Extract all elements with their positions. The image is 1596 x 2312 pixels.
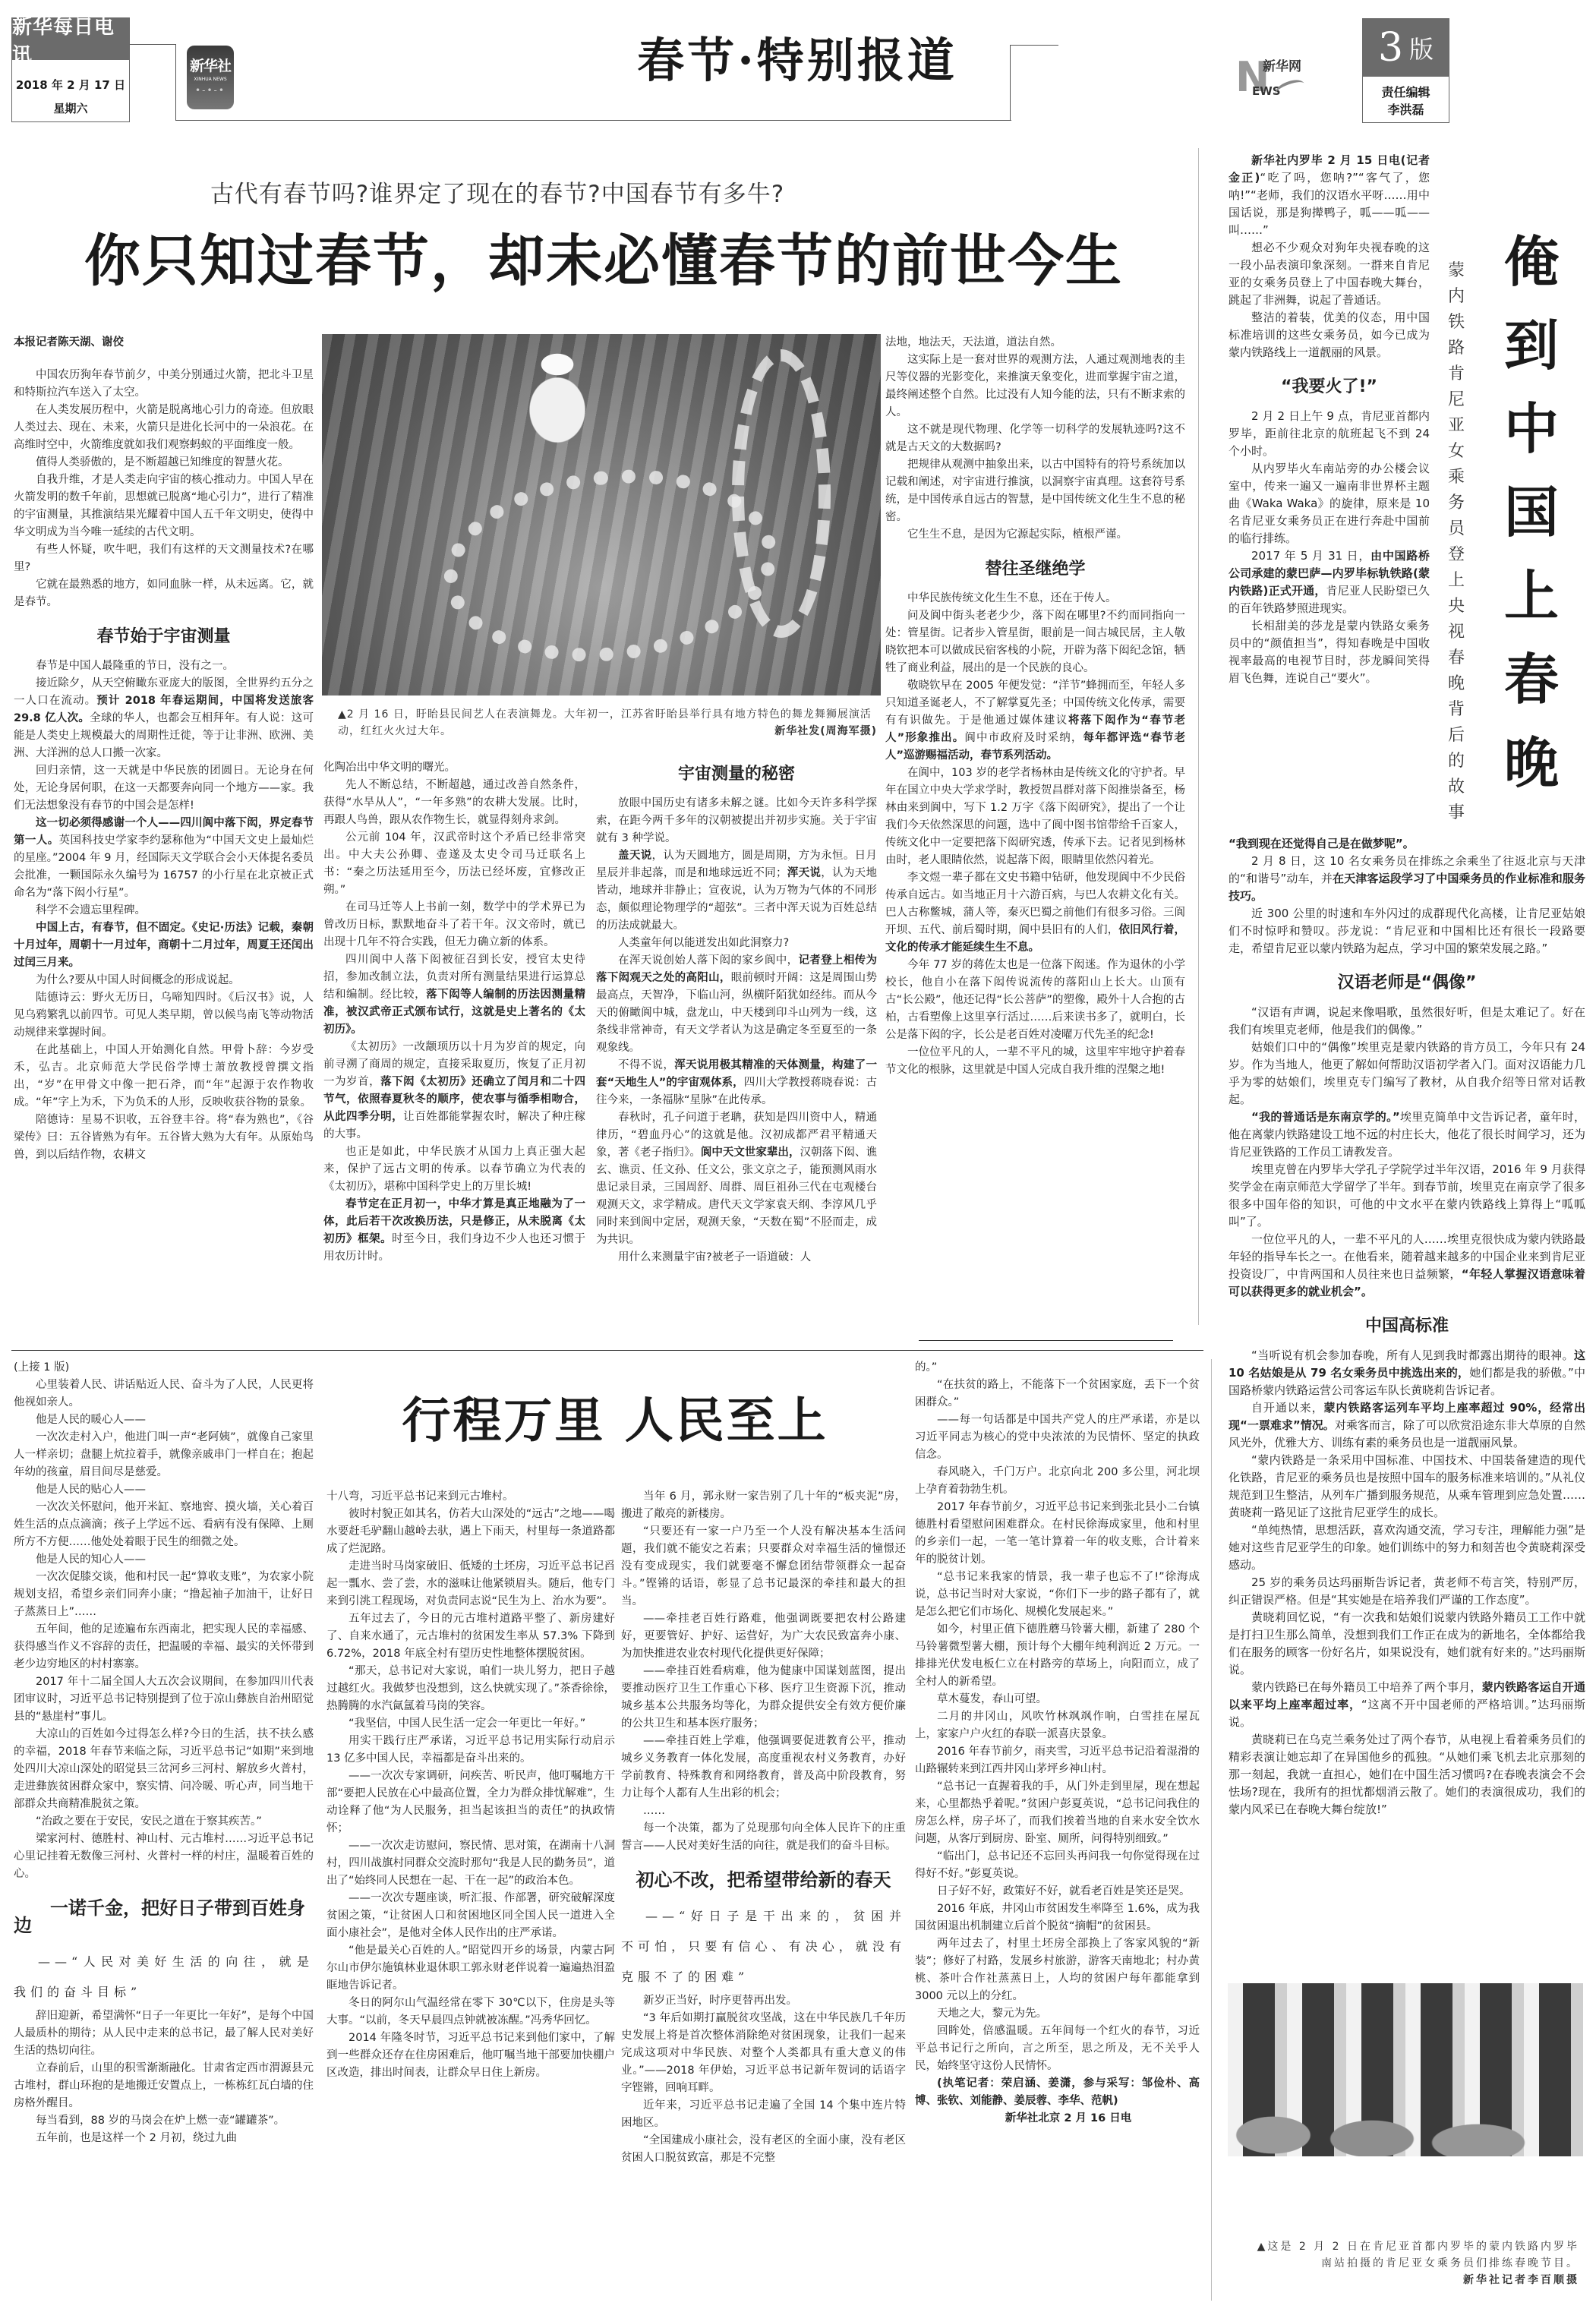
paragraph: 2014 年隆冬时节，习近平总书记来到他们家中，了解到一些群众还存在住房困难后，… [326, 2030, 615, 2082]
paragraph: 每当看到，88 岁的马岗会在炉上燃一壶“罐罐茶”。 [14, 2112, 314, 2130]
page-unit: 版 [1409, 30, 1434, 65]
paragraph: 回眸处，倍感温暖。五年间每一个红火的春节，习近平总书记行之所向，言之所至，思之所… [915, 2023, 1200, 2075]
masthead-rule [175, 120, 1011, 121]
paragraph: “治政之要在于安民，安民之道在于察其疾苦。” [14, 1813, 314, 1831]
paragraph: “临出门，总书记还不忘回头再问我一句你觉得现在过得好不好。”彭夏英说。 [915, 1848, 1200, 1883]
paragraph: 科学不会遗忘里程碑。 [14, 902, 314, 919]
paragraph: 彼时村貌正如其名，仿若大山深处的“远古”之地——喝水要赶毛驴翻山越岭去驮，遇上下… [326, 1506, 615, 1558]
article-headline: 你只知过春节，却未必懂春节的前世今生 [8, 228, 1200, 295]
section-heading: 一诺千金，把好日子带到百姓身边 [14, 1900, 314, 1935]
paragraph: “我坚信，中国人民生活一定会一年更比一年好。” [326, 1715, 615, 1733]
column-divider [1211, 1359, 1212, 2301]
paragraph: 把规律从观测中抽象出来，以古中国特有的符号系统加以记载和阐述，对宇宙进行推演，以… [885, 456, 1185, 526]
paragraph: “单纯热情，思想活跃，喜欢沟通交流，学习专注，理解能力强”是她对这些肯尼亚学生的… [1229, 1522, 1585, 1574]
section-heading: 初心不改，把希望带给新的春天 [621, 1872, 906, 1889]
paragraph: 有些人怀疑，吹牛吧，我们有这样的天文测量技术?在哪里? [14, 541, 314, 576]
section-heading: 春节始于宇宙测量 [14, 628, 314, 645]
kenya-subtitle: 蒙内铁路肯尼亚女乘务员登上央视春晚背后的故事 [1441, 258, 1471, 826]
article2-headline: 行程万里 人民至上 [326, 1382, 904, 1452]
kenya-headline: 俺到中国上春晚 [1497, 220, 1566, 805]
paragraph: 2016 年春节前夕，雨夹雪，习近平总书记沿着湿滑的山路辗转来到江西井冈山茅坪乡… [915, 1743, 1200, 1778]
xinhua-logo-text: 新华社 [187, 46, 234, 75]
paragraph: 用实干践行庄严承诺，习近平总书记用实际行动启示 13 亿多中国人民，幸福都是奋斗… [326, 1733, 615, 1768]
paragraph: 长相甜美的莎龙是蒙内铁路女乘务员中的“颜值担当”，得知春晚是中国收视率最高的电视… [1229, 617, 1430, 687]
spring-column-3: 宇宙测量的秘密 放眼中国历史有诸多未解之谜。比如今天许多科学探索，在距今两千多年… [596, 759, 877, 1266]
paragraph: 一次次促膝交谈，他和村民一起“算收支账”，为农家小院规划支招，希望乡亲们同奔小康… [14, 1569, 314, 1621]
paragraph: 中国上古，有春节，但不固定。《史记·历法》记载，秦朝十月过年，周朝十一月过年，商… [14, 919, 314, 972]
paragraph: 25 岁的乘务员达玛丽斯告诉记者，黄老师不苟言笑，特别严厉，纠正错误严格。但是“… [1229, 1574, 1585, 1609]
paragraph: 也正是如此，中华民族才从国力上真正强大起来，保护了远古文明的传承。以春节确立为代… [323, 1143, 585, 1196]
editor-label: 责任编辑 [1363, 83, 1449, 100]
paragraph: 2 月 2 日上午 9 点，肯尼亚首都内罗毕，距前往北京的航班起飞不到 24 个… [1229, 408, 1430, 460]
paragraph: 春节是中国人最隆重的节日，没有之一。 [14, 658, 314, 675]
dragon-dance-photo [322, 334, 881, 695]
paragraph: 中华民族传统文化生生不息，还在于传人。 [885, 590, 1185, 607]
paragraph: 他是人民的暖心人—— [14, 1411, 314, 1429]
spring-column-1: 本报记者陈天湖、谢佼 中国农历狗年春节前夕，中美分别通过火箭，把北斗卫星和特斯拉… [14, 334, 314, 1164]
paragraph: 每一个决策，都为了兑现那句向全体人民许下的庄重誓言——人民对美好生活的向往，就是… [621, 1820, 906, 1855]
paragraph: 化陶冶出中华文明的曙光。 [323, 759, 585, 777]
paragraph: 日子好不好，政策好不好，就看老百姓是笑还是哭。 [915, 1883, 1200, 1900]
paragraph: “全国建成小康社会，没有老区的全面小康，没有老区贫困人口脱贫致富，那是不完整 [621, 2132, 906, 2167]
paragraph: 法地，地法天，天法道，道法自然。 [885, 334, 1185, 352]
paragraph: 2017 年十二届全国人大五次会议期间，在参加四川代表团审议时，习近平总书记特别… [14, 1673, 314, 1726]
paragraph: 敬晓钦早在 2005 年便发觉：“洋节”蜂拥而至，年轻人多只知道圣诞老人，不了解… [885, 677, 1185, 765]
paragraph: 值得人类骄傲的，是不断超越已知维度的智慧火花。 [14, 454, 314, 472]
paragraph: 的。” [915, 1359, 1200, 1377]
paragraph: 从内罗毕火车南站旁的办公楼会议室中，传来一遍又一遍南非世界杯主题曲《Waka W… [1229, 460, 1430, 547]
paragraph: 梁家河村、德胜村、神山村、元古堆村……习近平总书记心里记挂着无数像三河村、火普村… [14, 1831, 314, 1883]
paragraph: 近 300 公里的时速和车外闪过的成群现代化高楼，让肯尼亚姑娘们不时惊呼和赞叹。… [1229, 905, 1585, 957]
paragraph: 用什么来测量宇宙?被老子一语道破：人 [596, 1249, 877, 1266]
paragraph: 近年来，习近平总书记走遍了全国 14 个集中连片特困地区。 [621, 2097, 906, 2132]
paragraph: 2 月 8 日，这 10 名女乘务员在排练之余乘坐了往返北京与天津的“和谐号”动… [1229, 853, 1585, 905]
paragraph: 辞旧迎新，希望满怀“日子一年更比一年好”，是每个中国人最质朴的期待；从人民中走来… [14, 2008, 314, 2060]
paragraph: “3 年后如期打赢脱贫攻坚战，这在中华民族几千年历史发展上将是首次整体消除绝对贫… [621, 2010, 906, 2097]
paragraph: 二月的井冈山，风吹竹林飒飒作响，白雪挂在屋瓦上，家家户户火红的春联一派喜庆景象。 [915, 1708, 1200, 1743]
paragraph: “当听说有机会参加春晚，所有人见到我时都露出期待的眼神。这 10 名姑娘是从 7… [1229, 1347, 1585, 1399]
paragraph: 黄晓莉回忆说，“有一次我和姑娘们说蒙内铁路外籍员工工作中就是打扫卫生那么简单，没… [1229, 1609, 1585, 1679]
photo-caption: ▲2 月 16 日，盱眙县民间艺人在表演舞龙。大年初一，江苏省盱眙县举行具有地方… [338, 706, 877, 740]
paragraph: 黄晓莉已在乌克兰乘务处过了两个春节，从电视上看着乘务员们的精彩表演让她忘却了在异… [1229, 1731, 1585, 1818]
paragraph: “我的普通话是东南京学的。”埃里克简单中文告诉记者，童年时，他在离蒙内铁路建设工… [1229, 1109, 1585, 1161]
paragraph: 接近除夕，从天空俯瞰东亚庞大的版图，全世界约五分之一人口在流动。预计 2018 … [14, 675, 314, 762]
photo-credit: 新华社发(周海军摄) [774, 723, 877, 740]
subheading-quote: ——“人民对美好生活的向往，就是我们的奋斗目标” [14, 1947, 314, 2008]
masthead-paper-box: 新华每日电讯 2018 年 2 月 17 日 星期六 [11, 17, 130, 122]
paragraph: 先人不断总结，不断超越，通过改善自然条件，获得“水旱从人”，“一年多熟”的农耕大… [323, 777, 585, 829]
paragraph: 自开通以来，蒙内铁路客运列车平均上座率超过 90%，经常出现“一票难求”情况。对… [1229, 1399, 1585, 1452]
spring-column-4: 法地，地法天，天法道，道法自然。 这实际上是一套对世界的观测方法，人通过观测地表… [885, 334, 1185, 1079]
photo-credit: 新华社记者李百顺摄 [1245, 2272, 1579, 2288]
paragraph: 想必不少观众对狗年央视春晚的这一段小品表演印象深刻。一群来自肯尼亚的女乘务员登上… [1229, 239, 1430, 309]
paragraph: 2017 年 5 月 31 日，由中国路桥公司承建的蒙巴萨—内罗毕标轨铁路(蒙内… [1229, 547, 1430, 617]
paragraph: “我到现在还觉得自己是在做梦呢”。 [1229, 835, 1585, 853]
paragraph: 自我升维，才是人类走向宇宙的核心推动力。中国人早在火箭发明的数千年前，思想就已脱… [14, 472, 314, 541]
paragraph: 冬日的阿尔山气温经常在零下 30℃以下，住房是头等大事。“以前，冬天早晨四点钟就… [326, 1995, 615, 2030]
paragraph: 一次次走村入户，他进门叫一声“老阿姨”，就像自己家里人一样亲切；盘腿上炕拉着手，… [14, 1429, 314, 1481]
paragraph: 人类童年何以能迸发出如此洞察力? [596, 935, 877, 952]
paragraph: 在此基础上，中国人开始测化自然。甲骨卜辞：今岁受禾，弘吉。北京师范大学民俗学博士… [14, 1042, 314, 1112]
paragraph: 2017 年春节前夕，习近平总书记来到张北县小二台镇德胜村看望慰问困难群众。在村… [915, 1499, 1200, 1569]
dateline: 新华社北京 2 月 16 日电 [915, 2110, 1200, 2127]
paragraph: 一次次关怀慰问，他开米缸、察地窖、摸火墙，关心着百姓生活的点点滴滴；孩子上学远不… [14, 1499, 314, 1551]
dragon-shape [732, 349, 831, 638]
paragraph: ——牵挂百姓上学难，他强调要促进教育公平，推动城乡义务教育一体化发展，高度重视农… [621, 1733, 906, 1803]
paragraph: ——一次次专题座谈，听汇报、作部署，研究破解深度贫困之策，“让贫困人口和贫困地区… [326, 1890, 615, 1942]
paragraph: 新岁正当好，时序更替再出发。 [621, 1992, 906, 2010]
paragraph: 一位位平凡的人，一辈不平凡的城，这里牢牢地守护着春节文化的根脉，这里就是中国人完… [885, 1044, 1185, 1079]
paragraph: “他是最关心百姓的人。”昭觉四开乡的场景，内蒙古阿尔山市伊尔施镇林业退休职工郭永… [326, 1942, 615, 1995]
issue-weekday: 星期六 [12, 100, 129, 116]
spring-column-2: 化陶冶出中华文明的曙光。 先人不断总结，不断超越，通过改善自然条件，获得“水旱从… [323, 759, 585, 1266]
paragraph: 五年过去了，今日的元古堆村道路平整了、新房建好了、自来水通了，元古堆村的贫困发生… [326, 1610, 615, 1663]
paragraph: 问及阆中街头老老少少，落下闳在哪里?不约而同指向一处：管星街。记者步入管星街，眼… [885, 607, 1185, 677]
paragraph: …… [621, 1803, 906, 1820]
xinhua-logo-en: XINHUA NEWS [187, 77, 234, 82]
paragraph: 立春前后，山里的积雪渐渐融化。甘肃省定西市渭源县元古堆村，群山环抱的是地搬迁安置… [14, 2060, 314, 2112]
page-number-box: 3 版 责任编辑 李洪磊 [1362, 18, 1449, 123]
paragraph: 走进当时马岗家破旧、低矮的土坯房，习近平总书记舀起一瓢水、尝了尝，水的滋味让他紧… [326, 1558, 615, 1610]
paragraph: 心里装着人民、讲话贴近人民、奋斗为了人民，人民更将他视如亲人。 [14, 1377, 314, 1411]
paragraph: (执笔记者：荣启涵、姜潇，参与采写：邹俭朴、高博、张钦、刘能静、姜辰蓉、李华、范… [915, 2075, 1200, 2110]
paragraph: 五年间，他的足迹遍布东西南北，把实现人民的幸福感、获得感当作义不容辞的责任，把温… [14, 1621, 314, 1673]
paragraph: 回归亲情，这一天就是中华民族的团圆日。无论身在何处，无论身居何职，在这一天都要奔… [14, 762, 314, 815]
paragraph: 李文煜一辈子都在文史书籍中钻研，他发现阆中不少民俗传承自远古。如当地正月十六游百… [885, 869, 1185, 957]
paragraph: 大凉山的百姓如今过得怎么样?今日的生活，扶不扶么感的幸福，2018 年春节来临之… [14, 1726, 314, 1813]
paragraph: 陪德诗：星易不识收，五谷登丰谷。将“春为熟也”，《谷梁传》曰：五谷皆熟为有年。五… [14, 1112, 314, 1164]
paragraph: 盖天说，认为天圆地方，圆是周期，方为永恒。日月星辰并非起落，而是和地球远近不同；… [596, 847, 877, 935]
paragraph: 今年 77 岁的蒋佐太也是一位落下闳迷。作为退休的小学校长，他自小在落下闳传说流… [885, 957, 1185, 1044]
continued-note: (上接 1 版) [14, 1359, 314, 1377]
caption-text: ▲这是 2 月 2 日在肯尼亚首都内罗毕的蒙内铁路内罗毕南站拍摄的肯尼亚女乘务员… [1245, 2238, 1579, 2272]
page-number: 3 [1378, 25, 1403, 71]
subheading-quote: ——“好日子是干出来的，贫困并不可怕，只要有信心、有决心，就没有克服不了的困难” [621, 1901, 906, 1992]
article-kicker: 古代有春节吗?谁界定了现在的春节?中国春节有多牛? [87, 175, 907, 209]
paper-name: 新华每日电讯 [12, 18, 129, 60]
paragraph: 姑娘们口中的“偶像”埃里克是蒙内铁路的肯方员工，今年只有 24 岁。作为当地人，… [1229, 1039, 1585, 1109]
paragraph: 埃里克曾在内罗毕大学孔子学院学过半年汉语，2016 年 9 月获得奖学金在南京师… [1229, 1161, 1585, 1231]
paragraph: ——一次次走访慰问，察民情、思对策，在湖南十八洞村，四川战旗村同群众交流时那句“… [326, 1837, 615, 1890]
issue-date: 2018 年 2 月 17 日 [12, 77, 129, 93]
paragraph: 新华社内罗毕 2 月 15 日电(记者金正)“吃了吗，您呐?”“客气了，您呐!”… [1229, 152, 1430, 239]
paragraph: “那天，总书记对大家说，咱们一块儿努力，把日子越过越红火。我做梦也没想到，这么快… [326, 1663, 615, 1715]
paragraph: 《太初历》一改颛顼历以十月为岁首的规定，向前寻溯了商周的规定，直接采取夏历，恢复… [323, 1039, 585, 1143]
network-dots-icon: •-•-• [187, 85, 234, 96]
paragraph: 春秋时，孔子问道于老聃，获知是四川资中人，精通律历，“碧血丹心”的这就是他。汉初… [596, 1109, 877, 1249]
section-heading: 汉语老师是“偶像” [1229, 974, 1585, 992]
byline: 本报记者陈天湖、谢佼 [14, 334, 314, 352]
section-divider [11, 1350, 1203, 1351]
paragraph: 春节定在正月初一，中华才算是真正地融为了一体，此后若干次改换历法，只是修正，从未… [323, 1196, 585, 1266]
paragraph: 中国农历狗年春节前夕，中美分别通过火箭，把北斗卫星和特斯拉汽车送入了太空。 [14, 367, 314, 402]
paragraph: “蒙内铁路是一条采用中国标准、中国技术、中国装备建造的现代化铁路，肯尼亚的乘务员… [1229, 1452, 1585, 1522]
paragraph: “只要还有一家一户乃至一个人没有解决基本生活问题，我们就不能安之若素；只要群众对… [621, 1523, 906, 1610]
section-heading: “我要火了!” [1229, 378, 1430, 396]
paragraph: “总书记一直握着我的手，从门外走到里屋，现在想起来，心里都热乎着呢。”贫困户彭夏… [915, 1778, 1200, 1848]
kenya-column-top: 新华社内罗毕 2 月 15 日电(记者金正)“吃了吗，您呐?”“客气了，您呐!”… [1229, 152, 1430, 687]
paragraph: 五年前，也是这样一个 2 月初，绕过九曲 [14, 2130, 314, 2147]
swoosh-icon [1273, 77, 1307, 101]
paragraph: 四川阆中人落下闳被征召到长安，授官太史待招，参加改制立法，负责对所有测量结果进行… [323, 951, 585, 1039]
paragraph: 蒙内铁路已在每外籍员工中培养了两个事月，蒙内铁路客运自开通以来平均上座率超过率，… [1229, 1679, 1585, 1731]
paragraph: 为什么?要从中国人时间概念的形成说起。 [14, 972, 314, 989]
section-divider [919, 1340, 1173, 1341]
column-divider [1198, 148, 1199, 1325]
logo-cn: 新华网 [1263, 55, 1301, 74]
kenya-attendants-photo [1228, 1983, 1583, 2156]
paragraph: 两年过去了，村里土坯房全部换上了客家风貌的“新装”；修好了村路，发展乡村旅游，游… [915, 1935, 1200, 2005]
paragraph: 整洁的着装，优美的仪态，用中国标准培训的这些女乘务员，如今已成为蒙内铁路线上一道… [1229, 309, 1430, 361]
paragraph: “汉语有声调，说起来像唱歌，虽然很好听，但是太难记了。好在我们有埃里克老师，他是… [1229, 1004, 1585, 1039]
paragraph: 如今，村里正值下德胜蘑马铃薯大棚，新建了 280 个马铃薯微型薯大棚，预计每个大… [915, 1621, 1200, 1691]
page-title: 春节·特别报道 [531, 23, 1063, 90]
people-column-2: 十八弯，习近平总书记来到元古堆村。 彼时村貌正如其名，仿若大山深处的“远古”之地… [326, 1488, 615, 2082]
section-heading: 替往圣继绝学 [885, 560, 1185, 578]
people-column-3: 当年 6 月，郭永财一家告别了几十年的“板夹泥”房，搬进了敞亮的新楼房。 “只要… [621, 1488, 906, 2167]
paragraph: 草木蔓发，春山可望。 [915, 1691, 1200, 1708]
section-heading: 中国高标准 [1229, 1317, 1585, 1335]
paragraph: 公元前 104 年，汉武帝时这个矛盾已经非常突出。中大夫公孙卿、壶遂及太史令司马… [323, 829, 585, 899]
paragraph: ——牵挂老百姓行路难，他强调既要把农村公路建好，更要管好、护好、运营好，为广大农… [621, 1610, 906, 1663]
paragraph: 不得不说，浑天说用极其精准的天体测量，构建了一套“天地生人”的宇宙观体系，四川大… [596, 1057, 877, 1109]
paragraph: 在浑天说创始人落下闳的家乡阆中，记者登上相传为落下闳观天之处的高阳山，眼前顿时开… [596, 952, 877, 1057]
paragraph: “总书记来我家的情景，我一辈子也忘不了!”徐海成说，总书记当时对大家说，“你们下… [915, 1569, 1200, 1621]
paragraph: 在阆中，103 岁的老学者杨林由是传统文化的守护者。早年在国立中央大学求学时，教… [885, 765, 1185, 869]
paragraph: 2016 年底，井冈山市贫困发生率降至 1.6%，成为我国贫困退出机制建立后首个… [915, 1900, 1200, 1935]
paragraph: 在人类发展历程中，火箭是脱离地心引力的奇迹。但放眼人类过去、现在、未来，火箭只是… [14, 402, 314, 454]
paragraph: ——牵挂百姓看病难，他为健康中国谋划蓝图，提出要推动医疗卫生工作重心下移、医疗卫… [621, 1663, 906, 1733]
people-column-1: (上接 1 版) 心里装着人民、讲话贴近人民、奋斗为了人民，人民更将他视如亲人。… [14, 1359, 314, 2147]
kenya-photo-caption: ▲这是 2 月 2 日在肯尼亚首都内罗毕的蒙内铁路内罗毕南站拍摄的肯尼亚女乘务员… [1245, 2238, 1579, 2288]
paragraph: 一位位平凡的人，一辈不平凡的人……埃里克很快成为蒙内铁路最年轻的指导车长之一。在… [1229, 1231, 1585, 1301]
paragraph: 他是人民的贴心人—— [14, 1481, 314, 1499]
masthead-rule [130, 44, 176, 121]
paragraph: 春风晓入，千门万户。北京向北 200 多公里，河北坝上孕育着勃勃生机。 [915, 1464, 1200, 1499]
section-heading: 宇宙测量的秘密 [596, 765, 877, 783]
paragraph: 在司马迁等人上书前一刻，数学中的学术界已为曾改历日标，默默地奋斗了若干年。汉文帝… [323, 899, 585, 951]
paragraph: 陆德诗云：野火无历日，乌啼知四时。《后汉书》说，人见乌鸦繁乳以前四节。可见人类早… [14, 989, 314, 1042]
paragraph: 天地之大，黎元为先。 [915, 2005, 1200, 2023]
paragraph: 当年 6 月，郭永财一家告别了几十年的“板夹泥”房，搬进了敞亮的新楼房。 [621, 1488, 906, 1523]
people-column-4: 的。” “在扶贫的路上，不能落下一个贫困家庭，丢下一个贫困群众。” ——每一句话… [915, 1359, 1200, 2127]
paragraph: ——一次次专家调研，问疾苦、听民声，他叮嘱地方干部“要把人民放在心中最高位置，全… [326, 1768, 615, 1837]
paragraph: 放眼中国历史有诸多未解之谜。比如今天许多科学探索，在距今两千多年的汉朝被提出并初… [596, 795, 877, 847]
paragraph: 它就在最熟悉的地方，如同血脉一样，从未远离。它，就是春节。 [14, 576, 314, 611]
paragraph: 这一切必须得感谢一个人——四川阆中落下闳，界定春节第一人。英国科技史学家李约瑟称… [14, 815, 314, 902]
editor-name: 李洪磊 [1363, 100, 1449, 118]
paragraph: 这不就是现代物理、化学等一切科学的发展轨迹吗?这不就是古天文的大数据吗? [885, 421, 1185, 456]
xinhua-logo-icon: 新华社 XINHUA NEWS •-•-• [187, 46, 234, 109]
xinhuanet-logo-icon: N 新华网 EWS [1235, 49, 1304, 103]
paragraph: 十八弯，习近平总书记来到元古堆村。 [326, 1488, 615, 1506]
paragraph: “在扶贫的路上，不能落下一个贫困家庭，丢下一个贫困群众。” [915, 1377, 1200, 1411]
paragraph: ——每一句话都是中国共产党人的庄严承诺，亦是以习近平同志为核心的党中央浓浓的为民… [915, 1411, 1200, 1464]
paragraph: 他是人民的知心人—— [14, 1551, 314, 1569]
paragraph: 这实际上是一套对世界的观测方法，人通过观测地表的圭尺等仪器的光影变化，来推演天象… [885, 352, 1185, 421]
paragraph: 它生生不息，是因为它源起实际，植根严谨。 [885, 526, 1185, 544]
kenya-column-full: “我到现在还觉得自己是在做梦呢”。 2 月 8 日，这 10 名女乘务员在排练之… [1229, 835, 1585, 1818]
